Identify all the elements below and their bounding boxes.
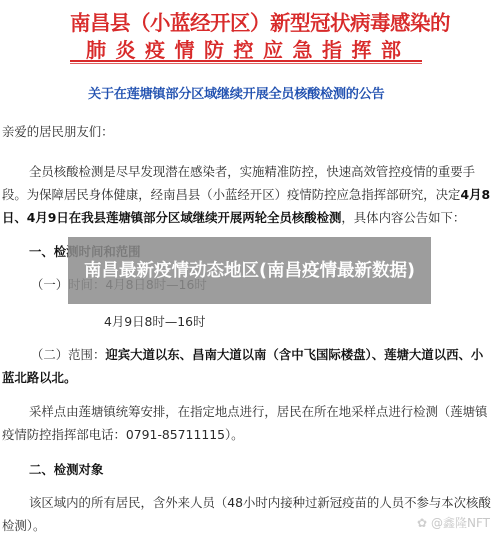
intro-date-bold: 4月8 [460,187,490,202]
intro-line-1: 全员核酸检测是尽早发现潜在感染者，实施精准防控，快速高效管控疫情的重要手 [29,160,475,183]
intro-line-2: 段。为保障居民身体健康，经南昌县（小蓝经开区）疫情防控应急指挥部研究，决定4月8 [2,183,490,206]
intro-line-2-text: 段。为保障居民身体健康，经南昌县（小蓝经开区）疫情防控应急指挥部研究，决定 [2,187,460,202]
target-line-1: 该区域内的所有居民，含外来人员（48小时内接种过新冠疫苗的人员不参与本次核酸 [29,491,491,514]
scope-line-1: （二）范围：迎宾大道以东、昌南大道以南（含中飞国际楼盘）、莲塘大道以西、小 [31,343,483,366]
time-value-2: 4月9日8时—16时 [104,310,205,333]
section2-heading: 二、检测对象 [29,458,103,481]
paw-icon: ✿ [417,516,427,530]
header-divider-thin [70,63,422,64]
caption-overlay: 南昌最新疫情动态地区(南昌疫情最新数据) [68,237,431,304]
scope-value: 迎宾大道以东、昌南大道以南（含中飞国际楼盘）、莲塘大道以西、小 [105,347,483,362]
org-name-line1: 南昌县（小蓝经开区）新型冠状病毒感染的 [70,6,430,36]
intro-line-3: 日、4月9日在我县莲塘镇部分区域继续开展两轮全员核酸检测，具体内容公告如下： [2,206,465,229]
greeting: 亲爱的居民朋友们： [2,120,114,143]
scope-label: （二）范围： [31,347,105,362]
watermark: ✿ @鑫隆NFT [417,514,490,531]
scope-line-2: 蓝北路以北。 [2,366,76,389]
sampling-line-2: 疫情防控指挥部电话：0791-85711115）。 [2,423,244,446]
notice-title: 关于在莲塘镇部分区域继续开展全员核酸检测的公告 [88,83,418,102]
sampling-line-1: 采样点由莲塘镇统筹安排，在指定地点进行，居民在所在地采样点进行检测（莲塘镇 [29,400,487,423]
target-line-2: 检测）。 [2,514,45,537]
intro-line-3-text: ，具体内容公告如下： [341,210,465,225]
notice-document: 南昌县（小蓝经开区）新型冠状病毒感染的 肺炎疫情防控应急指挥部 关于在莲塘镇部分… [0,0,500,541]
watermark-text: @鑫隆NFT [431,514,490,531]
header-divider [70,60,422,62]
org-name-line2: 肺炎疫情防控应急指挥部 [86,34,446,63]
intro-decision-bold: 日、4月9日在我县莲塘镇部分区域继续开展两轮全员核酸检测 [2,210,341,225]
caption-text: 南昌最新疫情动态地区(南昌疫情最新数据) [80,259,420,283]
